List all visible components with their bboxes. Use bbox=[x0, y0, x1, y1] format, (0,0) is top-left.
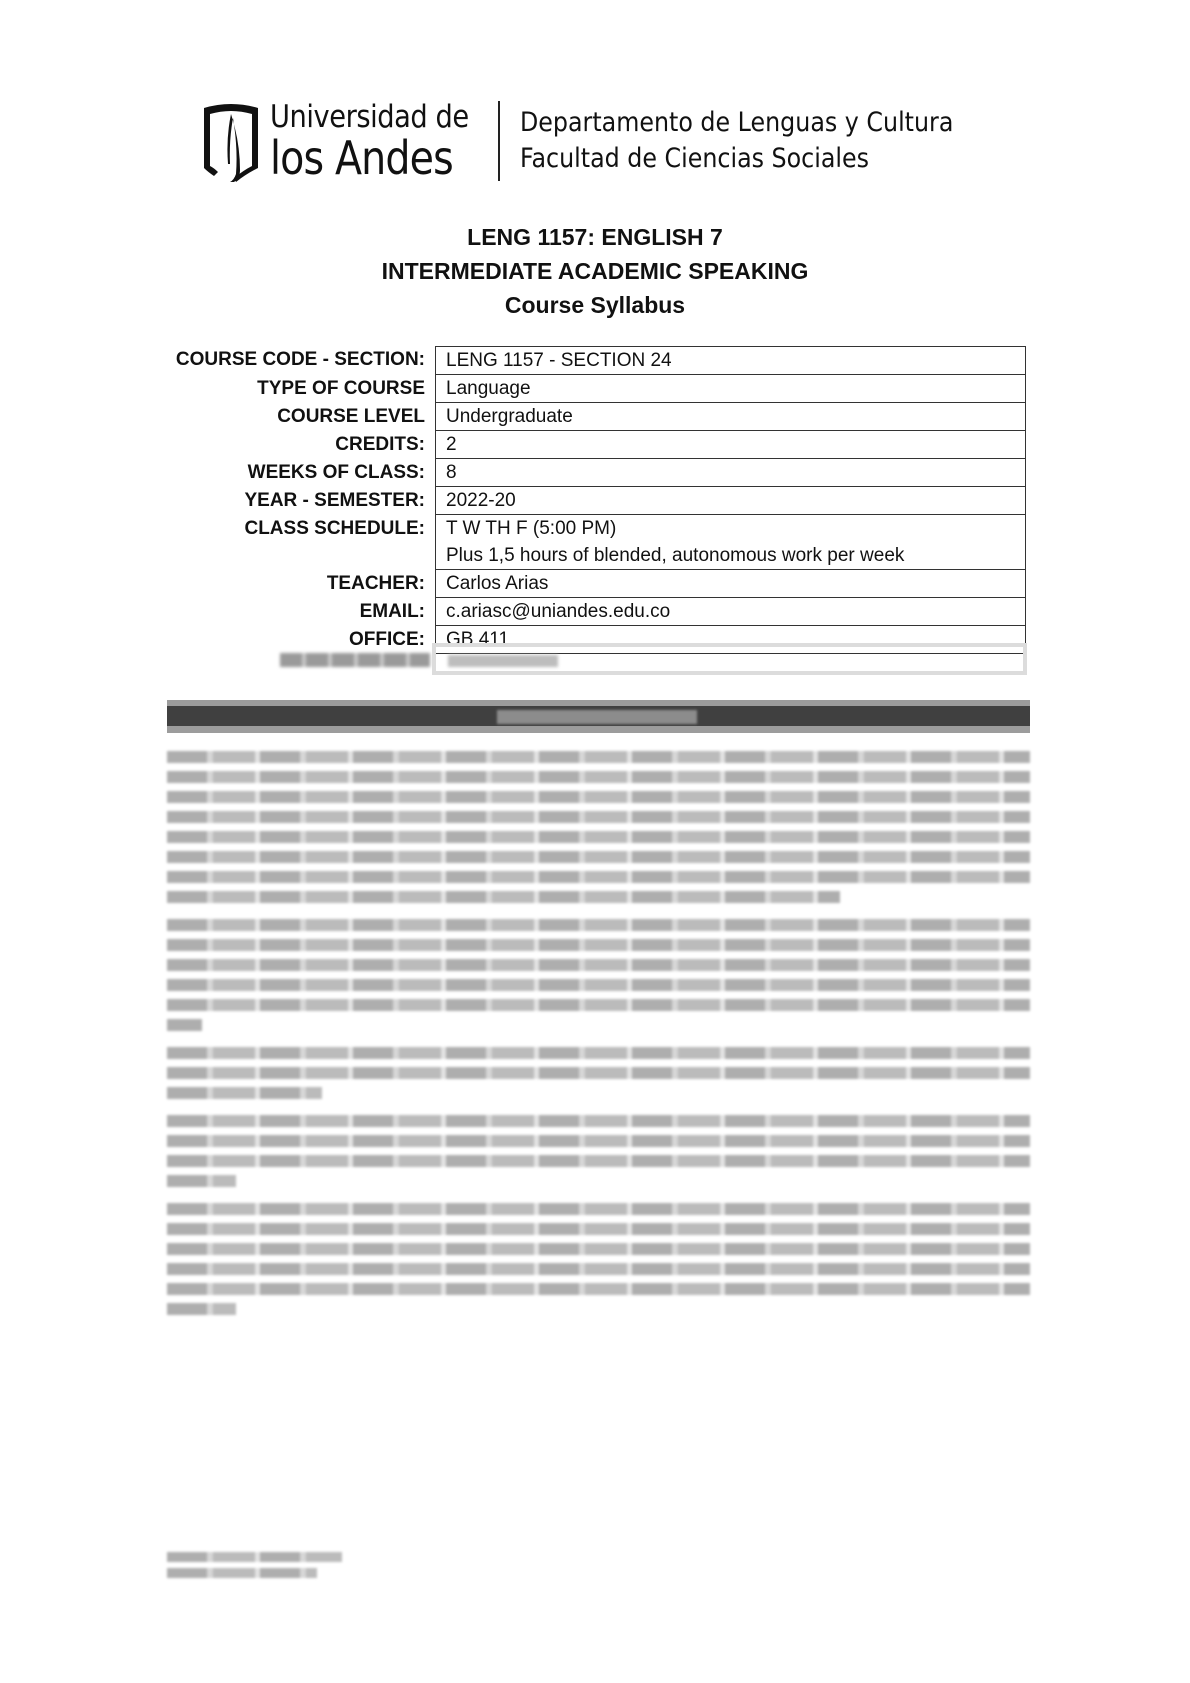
redacted-paragraph bbox=[167, 1115, 1030, 1187]
info-value: LENG 1157 - SECTION 24 bbox=[435, 346, 1026, 375]
schedule-days: T W TH F (5:00 PM) bbox=[446, 515, 1025, 542]
university-line1: Universidad de bbox=[270, 102, 455, 133]
document-title: LENG 1157: ENGLISH 7 INTERMEDIATE ACADEM… bbox=[0, 220, 1190, 322]
info-value: 2 bbox=[435, 431, 1026, 459]
info-label: WEEKS OF CLASS: bbox=[160, 459, 435, 487]
info-row-schedule: CLASS SCHEDULE: T W TH F (5:00 PM) Plus … bbox=[160, 515, 1026, 570]
redacted-paragraph bbox=[167, 1047, 1030, 1099]
section-header-bar bbox=[167, 700, 1030, 733]
course-subtitle: INTERMEDIATE ACADEMIC SPEAKING bbox=[0, 254, 1190, 288]
course-title: LENG 1157: ENGLISH 7 bbox=[0, 220, 1190, 254]
info-value: Carlos Arias bbox=[435, 570, 1026, 598]
faculty-name: Facultad de Ciencias Sociales bbox=[520, 141, 953, 177]
info-label: YEAR - SEMESTER: bbox=[160, 487, 435, 515]
info-label: EMAIL: bbox=[160, 598, 435, 626]
university-name: Universidad de los Andes bbox=[270, 102, 480, 181]
info-label: TEACHER: bbox=[160, 570, 435, 598]
info-row-credits: CREDITS: 2 bbox=[160, 431, 1026, 459]
info-value: Language bbox=[435, 375, 1026, 403]
redacted-paragraph bbox=[167, 1203, 1030, 1315]
info-row-teacher: TEACHER: Carlos Arias bbox=[160, 570, 1026, 598]
info-label: CLASS SCHEDULE: bbox=[160, 515, 435, 570]
info-label: COURSE LEVEL bbox=[160, 403, 435, 431]
department-block: Departamento de Lenguas y Cultura Facult… bbox=[520, 105, 953, 177]
course-info-table: COURSE CODE - SECTION: LENG 1157 - SECTI… bbox=[160, 346, 1026, 654]
document-header: Universidad de los Andes Departamento de… bbox=[200, 96, 1012, 186]
redacted-section-title bbox=[497, 710, 697, 724]
info-row-type: TYPE OF COURSE Language bbox=[160, 375, 1026, 403]
university-line2: los Andes bbox=[270, 135, 451, 181]
redacted-paragraph bbox=[167, 751, 1030, 903]
shield-logo-icon bbox=[200, 98, 262, 184]
redacted-office-hours-row bbox=[160, 641, 1026, 679]
info-row-level: COURSE LEVEL Undergraduate bbox=[160, 403, 1026, 431]
info-label: TYPE OF COURSE bbox=[160, 375, 435, 403]
info-row-email: EMAIL: c.ariasc@uniandes.edu.co bbox=[160, 598, 1026, 626]
info-row-semester: YEAR - SEMESTER: 2022-20 bbox=[160, 487, 1026, 515]
info-label: CREDITS: bbox=[160, 431, 435, 459]
info-value: 8 bbox=[435, 459, 1026, 487]
info-value: Undergraduate bbox=[435, 403, 1026, 431]
email-value[interactable]: c.ariasc@uniandes.edu.co bbox=[435, 598, 1026, 626]
redacted-body-text bbox=[167, 744, 1030, 1331]
info-value: 2022-20 bbox=[435, 487, 1026, 515]
header-divider bbox=[498, 101, 500, 181]
redacted-paragraph bbox=[167, 919, 1030, 1031]
department-name: Departamento de Lenguas y Cultura bbox=[520, 105, 953, 141]
info-value: T W TH F (5:00 PM) Plus 1,5 hours of ble… bbox=[435, 515, 1026, 570]
syllabus-label: Course Syllabus bbox=[0, 288, 1190, 322]
info-row-course-code: COURSE CODE - SECTION: LENG 1157 - SECTI… bbox=[160, 346, 1026, 375]
schedule-extra: Plus 1,5 hours of blended, autonomous wo… bbox=[446, 542, 1025, 569]
redacted-label bbox=[280, 653, 430, 667]
info-label: COURSE CODE - SECTION: bbox=[160, 346, 435, 375]
redacted-value bbox=[432, 643, 1027, 675]
info-row-weeks: WEEKS OF CLASS: 8 bbox=[160, 459, 1026, 487]
redacted-footer bbox=[167, 1548, 342, 1584]
